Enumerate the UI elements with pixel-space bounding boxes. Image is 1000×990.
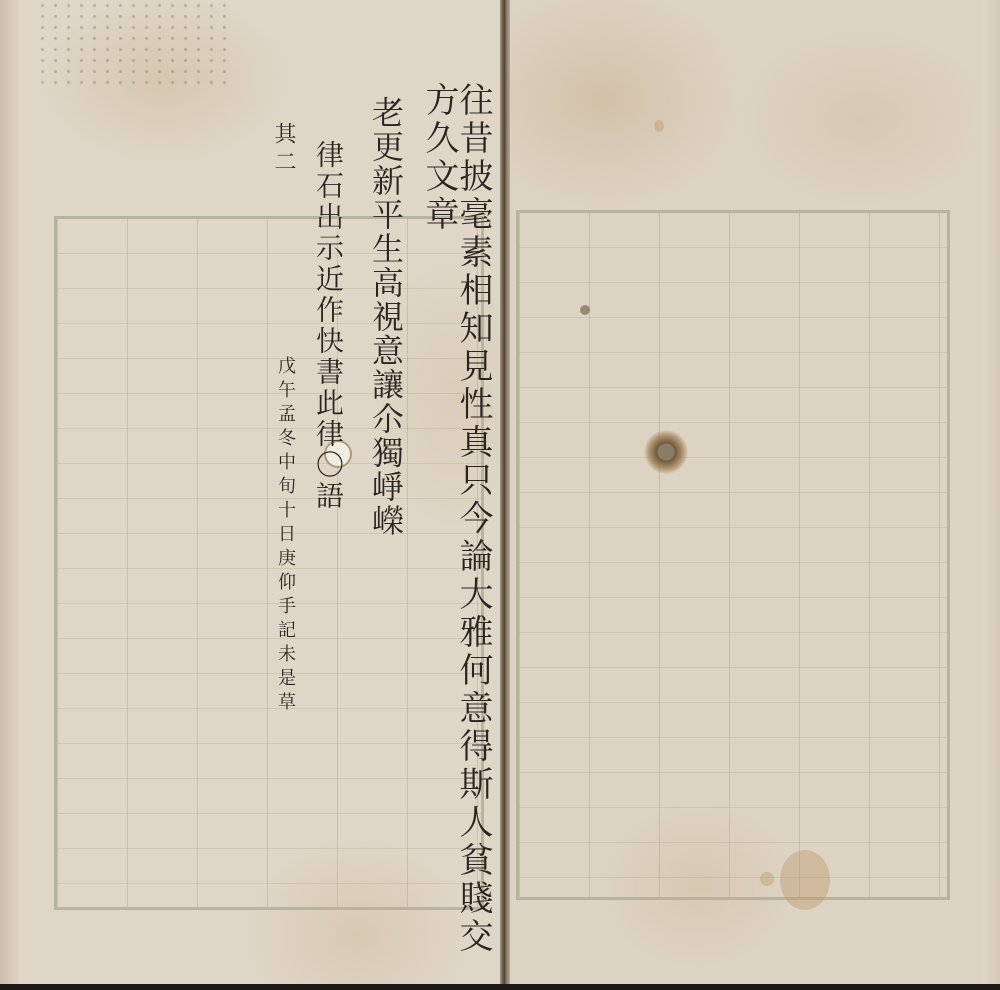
poem-line-2: 老更新平生高視意讓尒獨崢嶸	[370, 96, 402, 538]
poem-line-1: 往昔披毫素相知見性真只今論大雅何意得斯人貧賤交方久文章	[422, 82, 490, 990]
manuscript-scan: 往昔披毫素相知見性真只今論大雅何意得斯人貧賤交方久文章 老更新平生高視意讓尒獨崢…	[0, 0, 1000, 990]
ink-bleed-specks	[36, 0, 236, 90]
left-ruled-frame	[54, 216, 484, 910]
water-stain	[580, 305, 590, 315]
book-gutter	[500, 0, 510, 984]
water-stain	[780, 850, 830, 910]
scan-edge-right	[982, 0, 1000, 990]
scan-bottom-border	[0, 984, 1000, 990]
water-stain	[760, 872, 774, 886]
colophon: 戊午孟冬中旬十日庚仰手記未是草	[276, 356, 294, 716]
water-stain	[654, 120, 664, 132]
poem-title: 其二	[272, 122, 294, 178]
poem-line-3: 律石出示近作快書此律〇語	[314, 140, 342, 512]
burn-mark	[644, 430, 688, 474]
scan-edge-left	[0, 0, 18, 990]
